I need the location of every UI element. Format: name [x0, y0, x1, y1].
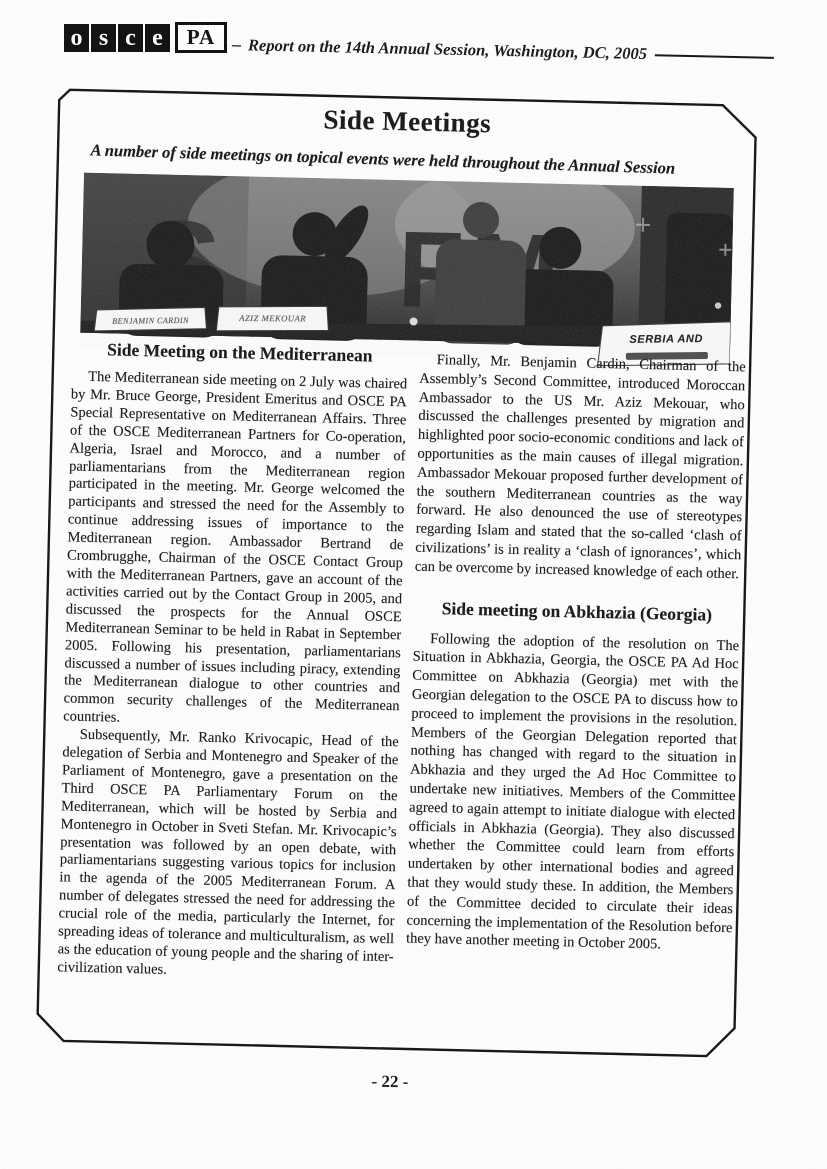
logo-letter-c: c	[118, 24, 143, 52]
paragraph-mediterranean-2: Subsequently, Mr. Ranko Krivocapic, Head…	[57, 726, 399, 985]
page-number: - 22 -	[330, 1071, 450, 1093]
photo-grain	[80, 173, 734, 348]
header-report-title: Report on the 14th Annual Session, Washi…	[248, 35, 647, 64]
logo-letter-o: o	[64, 24, 89, 52]
paragraph-abkhazia: Following the adoption of the resolution…	[406, 629, 739, 956]
header-dash: –	[232, 34, 241, 55]
logo-letter-s: s	[91, 24, 116, 52]
osce-pa-logo: o s c e PA	[64, 22, 227, 53]
header-rule	[655, 54, 774, 59]
scanned-report-page: o s c e PA – Report on the 14th Annual S…	[0, 0, 827, 1169]
column-right: Finally, Mr. Benjamin Cardin, Chairman o…	[403, 347, 746, 1060]
header-title-row: – Report on the 14th Annual Session, Was…	[232, 34, 774, 67]
side-meetings-article: Side Meetings A number of side meetings …	[36, 88, 758, 1058]
logo-pa-badge: PA	[175, 22, 227, 53]
heading-abkhazia: Side meeting on Abkhazia (Georgia)	[414, 597, 740, 626]
paragraph-mediterranean-1: The Mediterranean side meeting on 2 July…	[63, 368, 407, 734]
paragraph-cardin: Finally, Mr. Benjamin Cardin, Chairman o…	[415, 351, 746, 584]
logo-letter-e: e	[145, 24, 170, 52]
column-left: Side Meeting on the Mediterranean The Me…	[56, 338, 408, 1048]
